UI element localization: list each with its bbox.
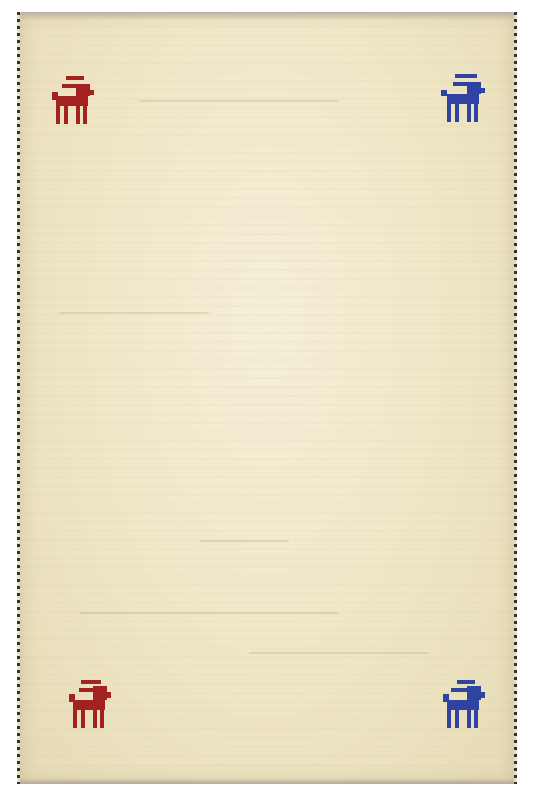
goat-icon — [65, 678, 113, 730]
goat-motif-bottom-left — [65, 678, 113, 730]
wool-streak — [199, 540, 289, 542]
goat-icon — [439, 678, 487, 730]
goat-icon — [439, 72, 487, 124]
wool-streak — [59, 312, 209, 314]
goat-icon — [48, 74, 96, 126]
goat-motif-top-left — [48, 74, 96, 126]
wool-streak — [249, 652, 429, 654]
wool-streak — [139, 100, 339, 102]
goat-motif-top-right — [439, 72, 487, 124]
goat-motif-bottom-right — [439, 678, 487, 730]
rug-right-binding — [514, 12, 517, 784]
rug-top-edge — [19, 12, 515, 20]
rug-left-binding — [17, 12, 20, 784]
rug-bottom-edge — [19, 778, 515, 784]
wool-streak — [79, 612, 339, 614]
rug — [19, 12, 515, 784]
